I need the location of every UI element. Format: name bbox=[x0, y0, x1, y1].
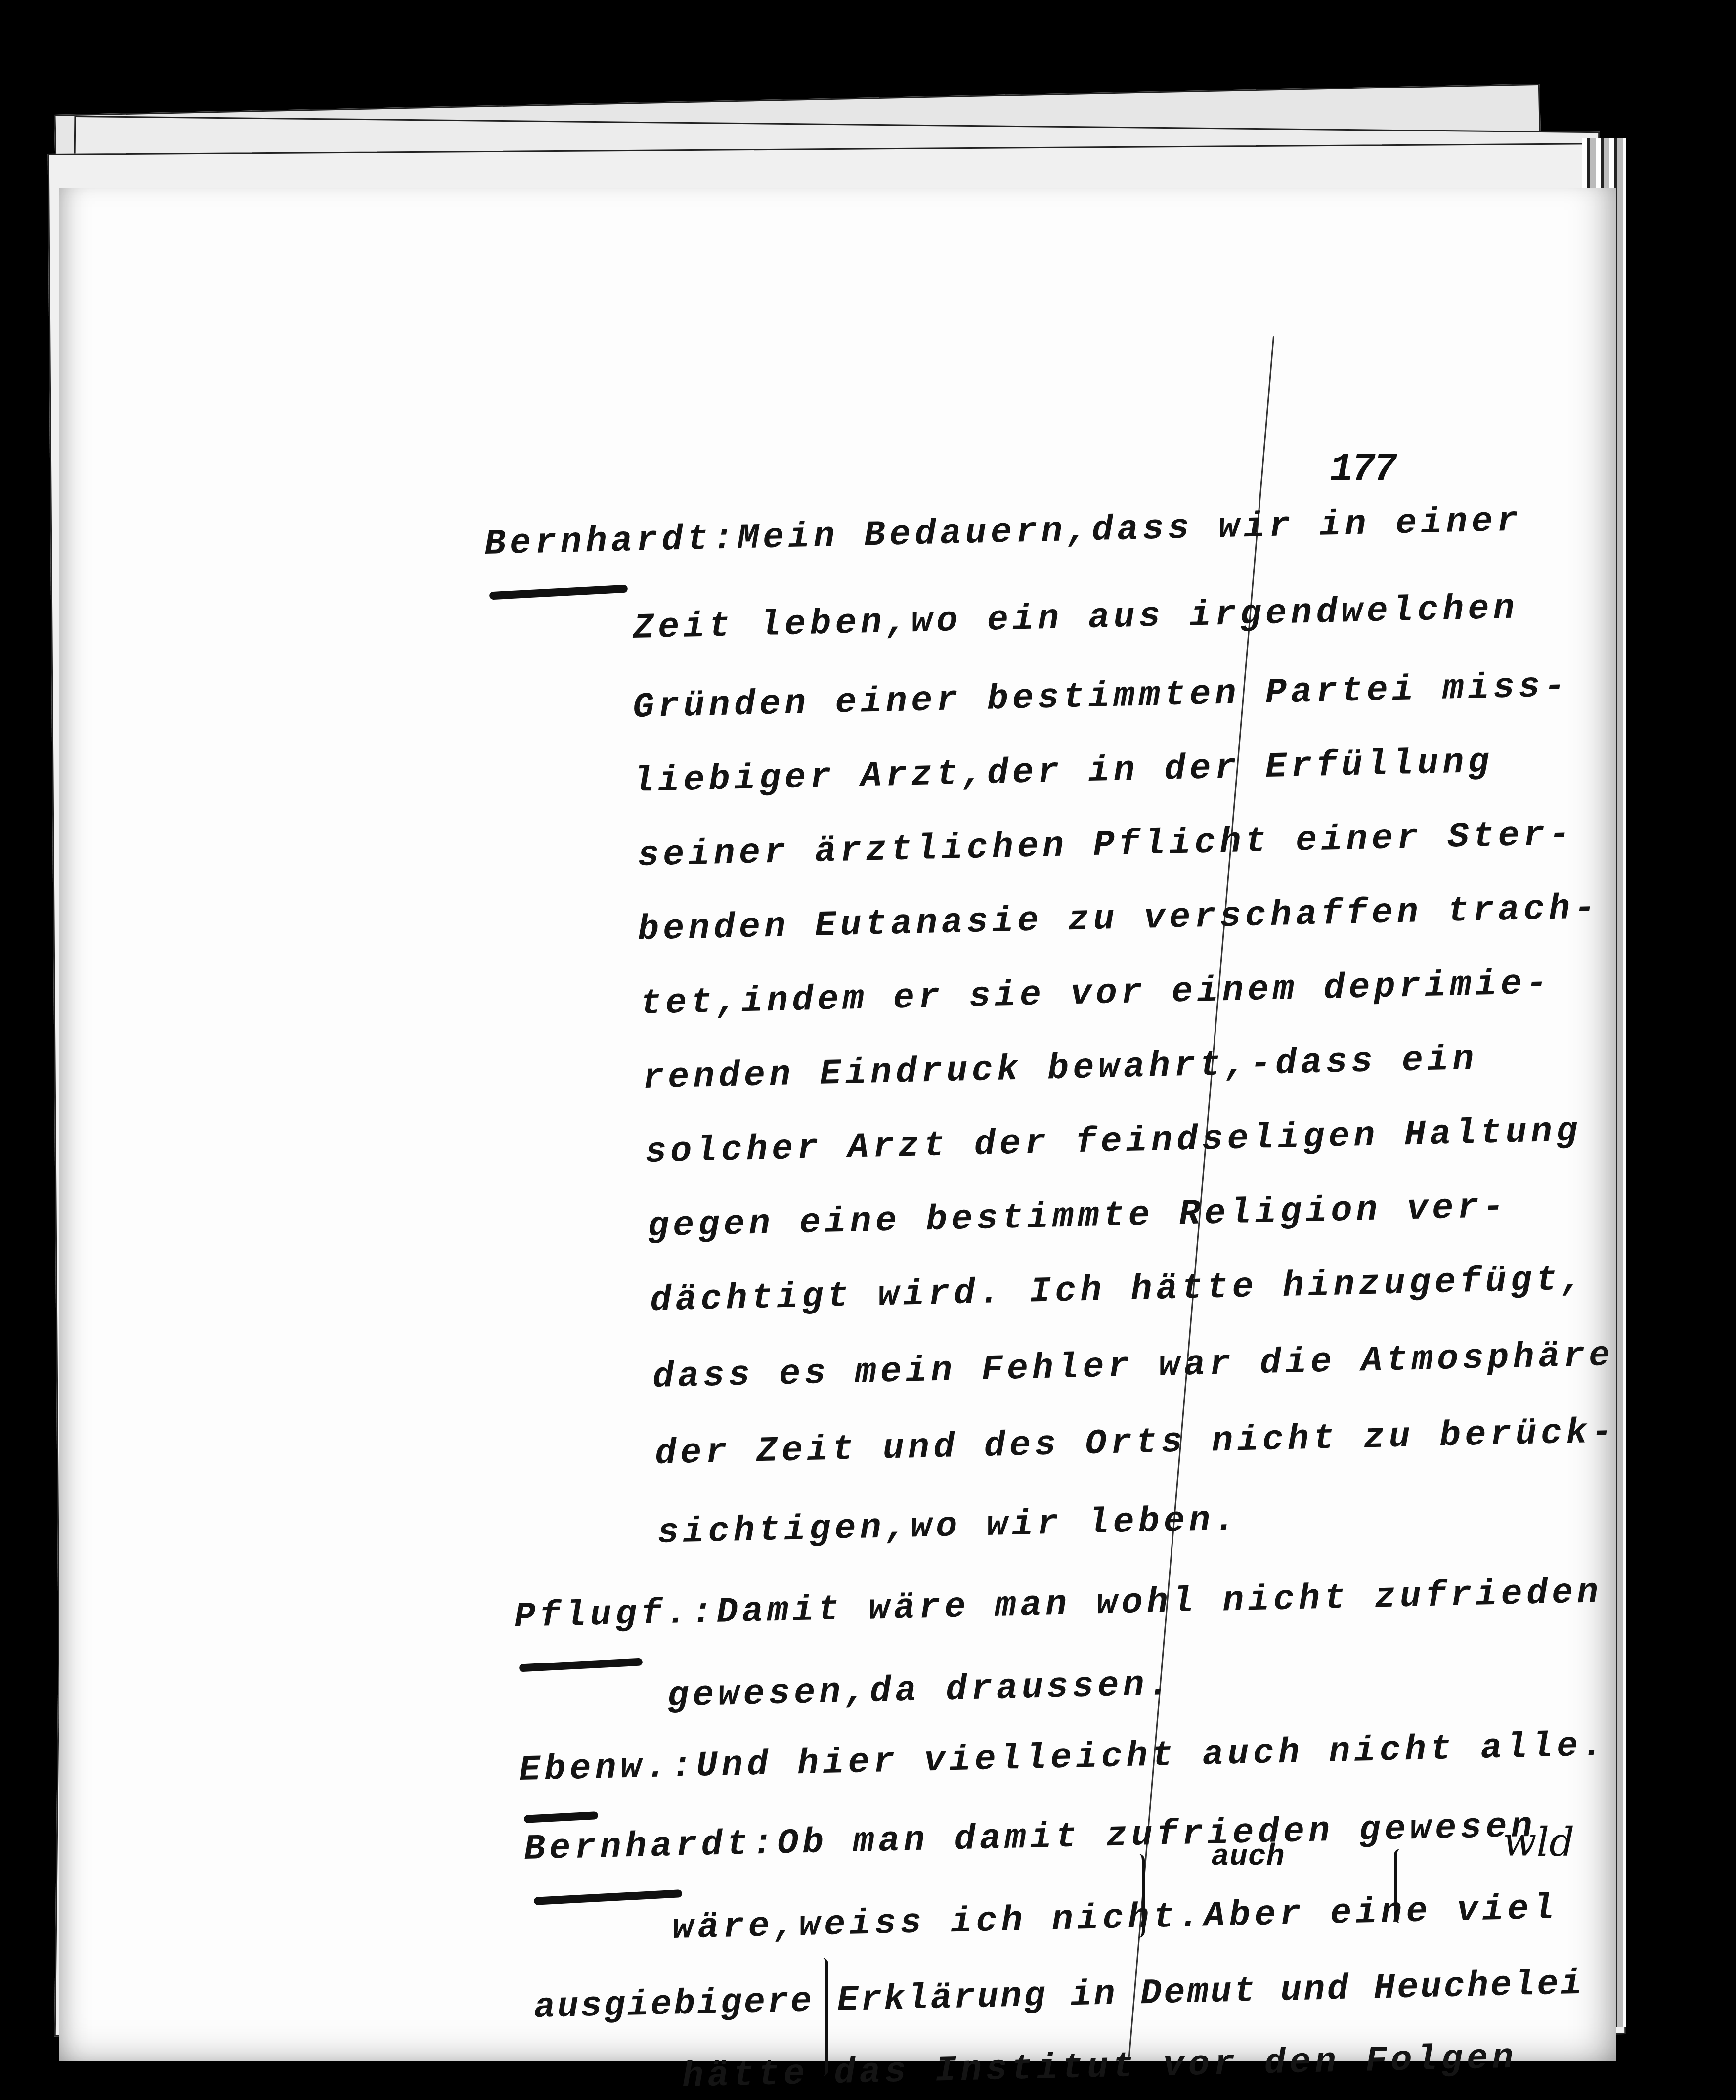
text-line: wäre,weiss ich nicht.Aber eine viel bbox=[672, 1888, 1559, 1949]
line-text: Gründen einer bestimmten Partei miss- bbox=[632, 666, 1569, 728]
handwritten-insert: auch bbox=[1211, 1839, 1285, 1874]
text-line: solcher Arzt der feindseligen Haltung bbox=[645, 1111, 1582, 1173]
handwritten-bracket bbox=[1394, 1849, 1407, 1923]
line-text: Zeit leben,wo ein aus irgendwelchen bbox=[632, 588, 1519, 649]
line-text: renden Eindruck bewahrt,-dass ein bbox=[642, 1039, 1478, 1098]
document-page: 177 Bernhardt:Mein Bedauern,dass wir in … bbox=[59, 188, 1616, 2061]
line-text: Mein Bedauern,dass wir in einer bbox=[737, 500, 1522, 559]
line-text: dass es mein Fehler war die Atmosphäre bbox=[652, 1335, 1614, 1398]
page-number: 177 bbox=[1330, 447, 1395, 492]
text-line: gewesen,da draussen. bbox=[667, 1664, 1174, 1716]
text-line: gegen eine bestimmte Religion ver- bbox=[647, 1187, 1508, 1247]
speaker-underline bbox=[489, 585, 628, 600]
text-line: hätte das Institut vor den Folgen bbox=[682, 2038, 1518, 2097]
text-line: Pflugf.:Damit wäre man wohl nicht zufrie… bbox=[514, 1572, 1603, 1637]
line-text: solcher Arzt der feindseligen Haltung bbox=[645, 1111, 1582, 1173]
line-text: der Zeit und des Orts nicht zu berück- bbox=[654, 1412, 1617, 1474]
line-text: tet,indem er sie vor einem deprimie- bbox=[640, 963, 1552, 1024]
speaker-name: Bernhardt: bbox=[523, 1823, 778, 1870]
text-line: Zeit leben,wo ein aus irgendwelchen bbox=[632, 588, 1519, 649]
speaker-underline bbox=[534, 1889, 682, 1905]
text-line: liebiger Arzt,der in der Erfüllung bbox=[632, 742, 1493, 802]
handwritten-margin-note: wld bbox=[1503, 1819, 1574, 1865]
speaker-name: Bernhardt: bbox=[484, 518, 738, 565]
line-text: benden Eutanasie zu verschaffen trach- bbox=[637, 888, 1600, 950]
text-line: dächtigt wird. Ich hätte hinzugefügt, bbox=[650, 1259, 1587, 1321]
line-text: gewesen,da draussen. bbox=[667, 1664, 1174, 1716]
text-line: seiner ärztlichen Pflicht einer Ster- bbox=[637, 814, 1574, 876]
speaker-underline bbox=[519, 1658, 643, 1672]
line-text: gegen eine bestimmte Religion ver- bbox=[647, 1187, 1508, 1247]
text-line: Gründen einer bestimmten Partei miss- bbox=[632, 666, 1569, 728]
handwritten-bracket bbox=[1132, 1854, 1145, 1938]
text-line: tet,indem er sie vor einem deprimie- bbox=[640, 963, 1552, 1024]
line-text: Damit wäre man wohl nicht zufrieden bbox=[716, 1572, 1603, 1633]
text-line: sichtigen,wo wir leben. bbox=[657, 1499, 1240, 1553]
text-line: benden Eutanasie zu verschaffen trach- bbox=[637, 888, 1600, 950]
line-text: liebiger Arzt,der in der Erfüllung bbox=[632, 742, 1493, 802]
speaker-underline bbox=[524, 1811, 599, 1823]
text-line: der Zeit und des Orts nicht zu berück- bbox=[654, 1412, 1617, 1474]
line-text: ausgiebigere Erklärung in Demut und Heuc… bbox=[533, 1964, 1584, 2028]
text-line: dass es mein Fehler war die Atmosphäre bbox=[652, 1335, 1614, 1398]
text-line: Ebenw.:Und hier vielleicht auch nicht al… bbox=[519, 1725, 1607, 1791]
line-text: Ob man damit zufrieden gewesen bbox=[777, 1806, 1537, 1864]
text-line: Bernhardt:Ob man damit zufrieden gewesen bbox=[523, 1806, 1537, 1870]
text-line: ausgiebigere Erklärung in Demut und Heuc… bbox=[533, 1964, 1584, 2028]
line-text: sichtigen,wo wir leben. bbox=[657, 1499, 1240, 1553]
line-text: hätte das Institut vor den Folgen bbox=[682, 2038, 1518, 2097]
speaker-name: Pflugf.: bbox=[514, 1592, 717, 1637]
line-text: dächtigt wird. Ich hätte hinzugefügt, bbox=[650, 1259, 1587, 1321]
text-line: Bernhardt:Mein Bedauern,dass wir in eine… bbox=[484, 500, 1522, 565]
line-text: wäre,weiss ich nicht.Aber eine viel bbox=[672, 1888, 1559, 1949]
speaker-name: Ebenw.: bbox=[519, 1746, 696, 1791]
line-text: seiner ärztlichen Pflicht einer Ster- bbox=[637, 814, 1574, 876]
text-line: renden Eindruck bewahrt,-dass ein bbox=[642, 1039, 1478, 1098]
